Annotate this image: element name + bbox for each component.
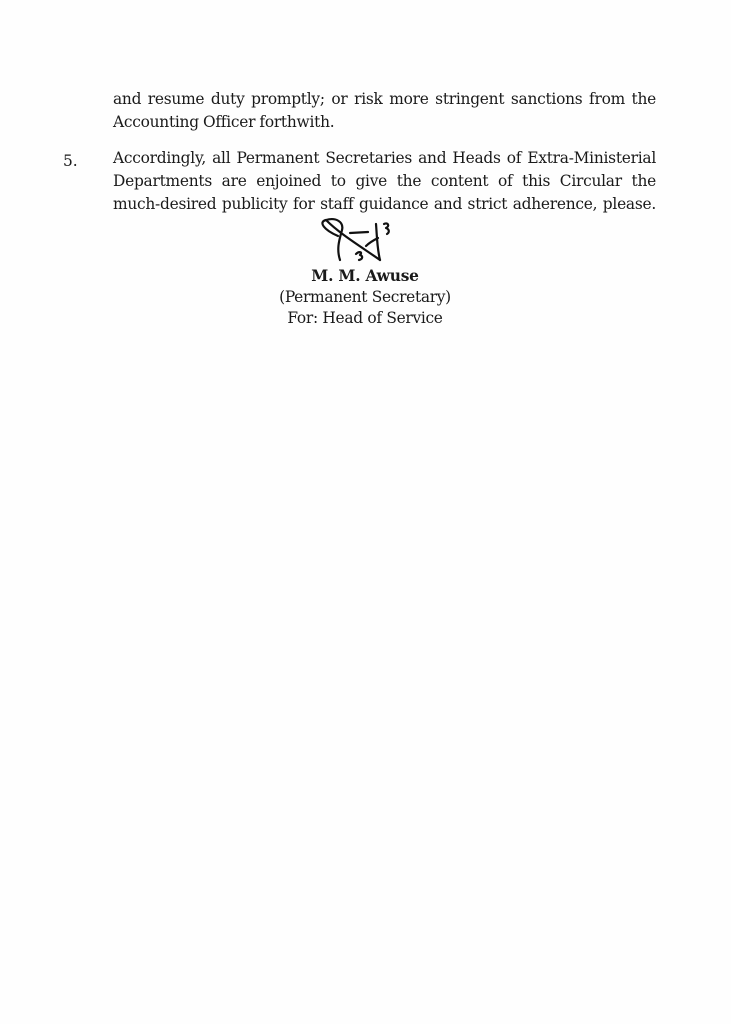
paragraph-number: 5.	[63, 150, 78, 173]
signer-on-behalf-of: For: Head of Service	[240, 308, 490, 329]
signature-block: M. M. Awuse (Permanent Secretary) For: H…	[240, 216, 490, 329]
paragraph-line: Departments are enjoined to give the con…	[113, 170, 656, 193]
signer-name: M. M. Awuse	[240, 266, 490, 287]
document-page: and resume duty promptly; or risk more s…	[0, 0, 731, 1024]
paragraph-5: Accordingly, all Permanent Secretaries a…	[113, 147, 656, 216]
paragraph-line: and resume duty promptly; or risk more s…	[113, 88, 656, 111]
paragraph-line: Accounting Officer forthwith.	[113, 111, 656, 134]
paragraph-line: much-desired publicity for staff guidanc…	[113, 193, 656, 216]
signature-icon	[310, 216, 420, 268]
signer-title: (Permanent Secretary)	[240, 287, 490, 308]
continuation-paragraph: and resume duty promptly; or risk more s…	[113, 88, 656, 134]
paragraph-line: Accordingly, all Permanent Secretaries a…	[113, 147, 656, 170]
